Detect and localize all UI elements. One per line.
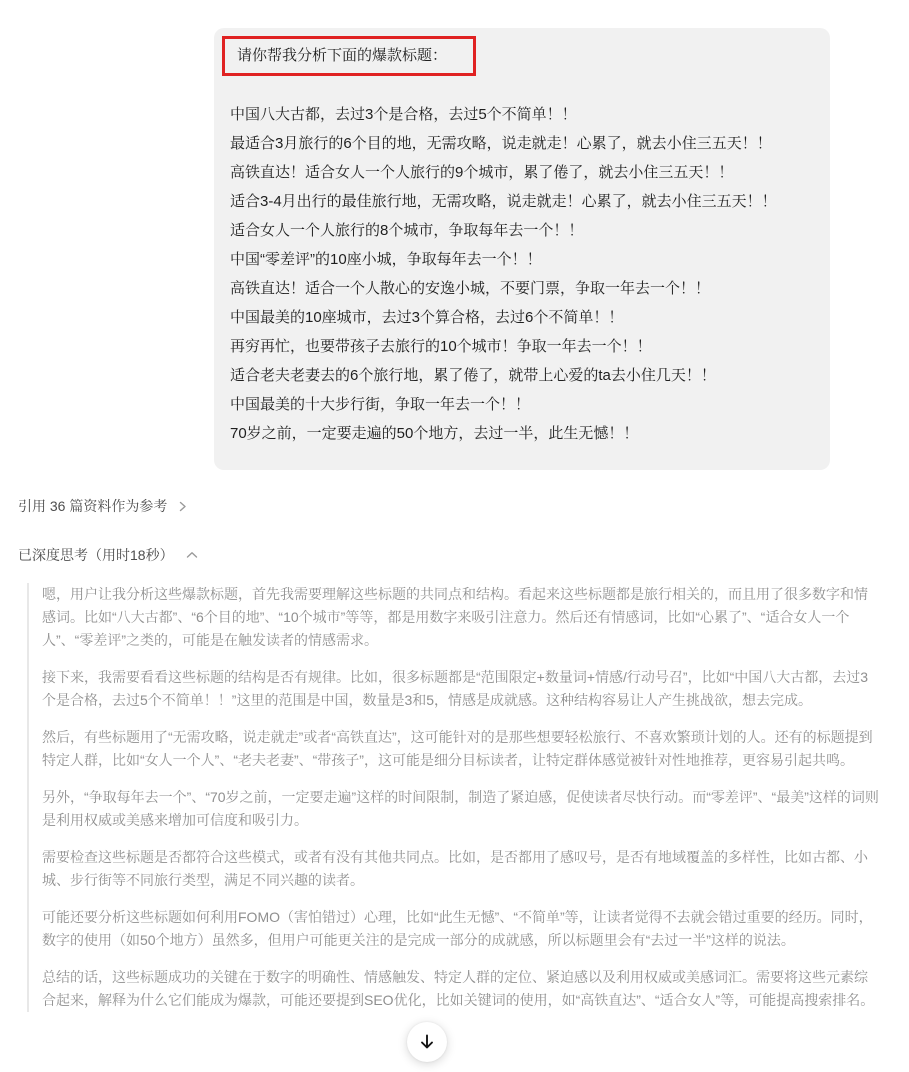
thinking-paragraph: 可能还要分析这些标题如何利用FOMO（害怕错过）心理，比如“此生无憾”、“不简单…: [42, 906, 881, 952]
chevron-right-icon: [177, 501, 188, 512]
user-message-bubble: 请你帮我分析下面的爆款标题： 中国八大古都，去过3个是合格，去过5个不简单！！最…: [214, 28, 830, 470]
prompt-title: 请你帮我分析下面的爆款标题：: [237, 47, 447, 64]
thinking-header-label: 已深度思考（用时18秒）: [18, 545, 174, 565]
title-line: 中国最美的10座城市，去过3个算合格，去过6个不简单！！: [230, 303, 810, 332]
title-line: 适合女人一个人旅行的8个城市，争取每年去一个！！: [230, 216, 810, 245]
arrow-down-icon: [418, 1033, 436, 1051]
title-line: 高铁直达！适合一个人散心的安逸小城，不要门票，争取一年去一个！！: [230, 274, 810, 303]
thinking-toggle[interactable]: 已深度思考（用时18秒）: [18, 545, 198, 565]
thinking-paragraph: 另外，“争取每年去一个”、“70岁之前，一定要走遍”这样的时间限制，制造了紧迫感…: [42, 786, 881, 832]
thinking-paragraph: 然后，有些标题用了“无需攻略，说走就走”或者“高铁直达”，这可能针对的是那些想要…: [42, 726, 881, 772]
thinking-paragraph: 需要检查这些标题是否都符合这些模式，或者有没有其他共同点。比如，是否都用了感叹号…: [42, 846, 881, 892]
title-line: 适合3-4月出行的最佳旅行地，无需攻略，说走就走！心累了，就去小住三五天！！: [230, 187, 810, 216]
citation-label: 引用 36 篇资料作为参考: [18, 496, 167, 516]
title-line: 70岁之前，一定要走遍的50个地方，去过一半，此生无憾！！: [230, 419, 810, 448]
title-line: 中国“零差评”的10座小城，争取每年去一个！！: [230, 245, 810, 274]
chat-screen: 请你帮我分析下面的爆款标题： 中国八大古都，去过3个是合格，去过5个不简单！！最…: [0, 0, 909, 1072]
scroll-to-bottom-button[interactable]: [407, 1022, 447, 1062]
title-line: 再穷再忙，也要带孩子去旅行的10个城市！争取一年去一个！！: [230, 332, 810, 361]
title-line: 高铁直达！适合女人一个人旅行的9个城市，累了倦了，就去小住三五天！！: [230, 158, 810, 187]
thinking-paragraph: 嗯，用户让我分析这些爆款标题，首先我需要理解这些标题的共同点和结构。看起来这些标…: [42, 583, 881, 652]
thinking-paragraph: 总结的话，这些标题成功的关键在于数字的明确性、情感触发、特定人群的定位、紧迫感以…: [42, 966, 881, 1012]
citation-toggle[interactable]: 引用 36 篇资料作为参考: [18, 496, 188, 516]
title-list: 中国八大古都，去过3个是合格，去过5个不简单！！最适合3月旅行的6个目的地，无需…: [230, 100, 810, 448]
thinking-content: 嗯，用户让我分析这些爆款标题，首先我需要理解这些标题的共同点和结构。看起来这些标…: [27, 583, 881, 1012]
highlighted-prompt-box: 请你帮我分析下面的爆款标题：: [222, 36, 476, 76]
title-line: 适合老夫老妻去的6个旅行地，累了倦了，就带上心爱的ta去小住几天！！: [230, 361, 810, 390]
chevron-up-icon: [186, 551, 198, 559]
title-line: 中国最美的十大步行街，争取一年去一个！！: [230, 390, 810, 419]
thinking-paragraph: 接下来，我需要看看这些标题的结构是否有规律。比如，很多标题都是“范围限定+数量词…: [42, 666, 881, 712]
title-line: 最适合3月旅行的6个目的地，无需攻略，说走就走！心累了，就去小住三五天！！: [230, 129, 810, 158]
title-line: 中国八大古都，去过3个是合格，去过5个不简单！！: [230, 100, 810, 129]
